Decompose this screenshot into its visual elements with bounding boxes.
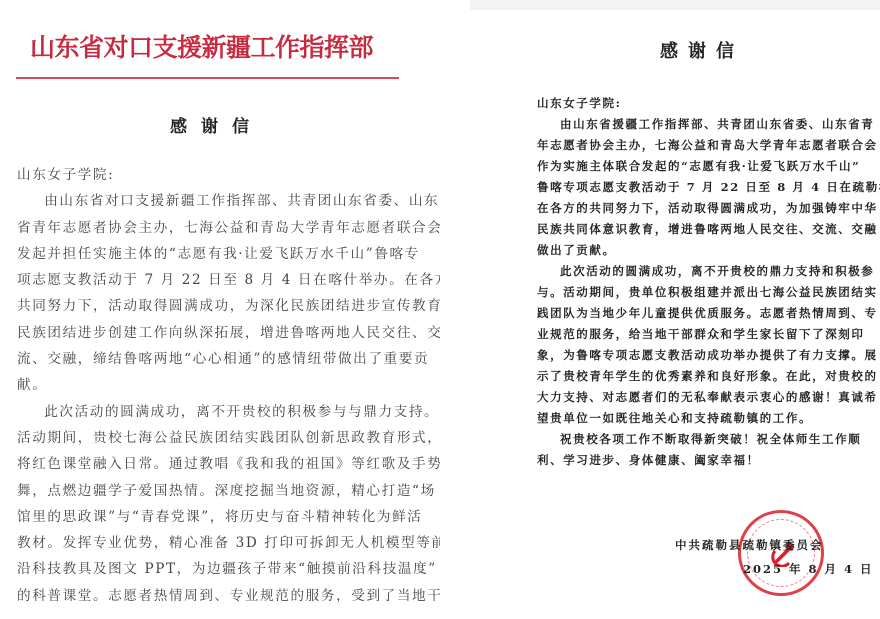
left-letter-page: 山东省对口支援新疆工作指挥部 感谢信 山东女子学院: 由山东省对口支援新疆工作指… xyxy=(0,0,440,619)
body-line: 做出了贡献。 xyxy=(537,240,875,261)
body-line: 在各方的共同努力下，活动取得圆满成功，为加强铸牢中华 xyxy=(537,198,875,219)
body-line: 由山东省援疆工作指挥部、共青团山东省委、山东省青 xyxy=(537,114,875,135)
signer-name: 中共疏勒县疏勒镇委员会 xyxy=(675,537,824,553)
body-line: 示了贵校青年学生的优秀素养和良好形象。在此，对贵校的 xyxy=(537,366,875,387)
letter-title: 感谢信 xyxy=(170,112,263,137)
body-line: 望贵单位一如既往地关心和支持疏勒镇的工作。 xyxy=(537,408,875,429)
body-line: 利、学习进步、身体健康、阖家幸福！ xyxy=(537,450,875,471)
body-line: 此次活动的圆满成功，离不开贵校的鼎力支持和积极参 xyxy=(537,261,875,282)
body-line: 共同努力下，活动取得圆满成功，为深化民族团结进步宣传教育， xyxy=(17,293,412,319)
body-line: 教材。发挥专业优势，精心准备 3D 打印可拆卸无人机模型等前 xyxy=(17,530,412,556)
official-seal-icon xyxy=(738,510,824,596)
letterhead-title: 山东省对口支援新疆工作指挥部 xyxy=(30,28,410,64)
body-line: 业规范的服务，给当地干部群众和学生家长留下了深刻印 xyxy=(537,324,875,345)
body-line: 的科普课堂。志愿者热情周到、专业规范的服务，受到了当地干 xyxy=(17,583,412,609)
body-line: 与。活动期间，贵单位积极组建并派出七海公益民族团结实 xyxy=(537,282,875,303)
salutation: 山东女子学院: xyxy=(537,93,875,114)
letter-title: 感谢信 xyxy=(660,37,744,63)
body-line: 馆里的思政课”与“青春党课”，将历史与奋斗精神转化为鲜活 xyxy=(17,504,412,530)
body-line: 年志愿者协会主办，七海公益和青岛大学青年志愿者联合会 xyxy=(537,135,875,156)
body-line: 象，为鲁喀专项志愿支教活动成功举办提供了有力支撑。展 xyxy=(537,345,875,366)
scan-top-band xyxy=(470,0,880,10)
body-line: 沿科技教具及图文 PPT，为边疆孩子带来“触摸前沿科技温度” xyxy=(17,556,412,582)
body-line: 大力支持、对志愿者们的无私奉献表示衷心的感谢！真诚希 xyxy=(537,387,875,408)
body-line: 鲁喀专项志愿支教活动于 7 月 22 日至 8 月 4 日在疏勒举行。 xyxy=(537,177,875,198)
body-line: 此次活动的圆满成功，离不开贵校的积极参与与鼎力支持。 xyxy=(17,399,412,425)
body-line: 献。 xyxy=(17,372,412,398)
body-line: 舞，点燃边疆学子爱国热情。深度挖掘当地资源，精心打造“场 xyxy=(17,478,412,504)
body-line: 活动期间，贵校七海公益民族团结实践团队创新思政教育形式， xyxy=(17,425,412,451)
body-line: 流、交融，缔结鲁喀两地“心心相通”的感情纽带做出了重要贡 xyxy=(17,346,412,372)
body-line: 祝贵校各项工作不断取得新突破！祝全体师生工作顺 xyxy=(537,429,875,450)
body-line: 项志愿支教活动于 7 月 22 日至 8 月 4 日在喀什举办。在各方的 xyxy=(17,267,412,293)
right-letter-page: 感谢信 山东女子学院: 由山东省援疆工作指挥部、共青团山东省委、山东省青 年志愿… xyxy=(440,0,880,619)
letter-body: 山东女子学院: 由山东省对口支援新疆工作指挥部、共青团山东省委、山东 省青年志愿… xyxy=(17,162,412,609)
body-line: 由山东省对口支援新疆工作指挥部、共青团山东省委、山东 xyxy=(17,188,412,214)
body-line: 发起并担任实施主体的“志愿有我·让爱飞跃万水千山”鲁喀专 xyxy=(17,241,412,267)
letter-body: 山东女子学院: 由山东省援疆工作指挥部、共青团山东省委、山东省青 年志愿者协会主… xyxy=(537,93,875,471)
body-line: 民族团结进步创建工作向纵深拓展，增进鲁喀两地人民交往、交 xyxy=(17,320,412,346)
body-line: 将红色课堂融入日常。通过教唱《我和我的祖国》等红歌及手势 xyxy=(17,451,412,477)
letterhead-divider xyxy=(16,77,399,79)
body-line: 省青年志愿者协会主办，七海公益和青岛大学青年志愿者联合会 xyxy=(17,215,412,241)
body-line: 民族共同体意识教育，增进鲁喀两地人民交往、交流、交融 xyxy=(537,219,875,240)
signature-date: 2025 年 8 月 4 日 xyxy=(743,561,874,577)
salutation: 山东女子学院: xyxy=(17,162,412,188)
body-line: 作为实施主体联合发起的“志愿有我·让爱飞跃万水千山” xyxy=(537,156,875,177)
body-line: 践团队为当地少年儿童提供优质服务。志愿者热情周到、专 xyxy=(537,303,875,324)
